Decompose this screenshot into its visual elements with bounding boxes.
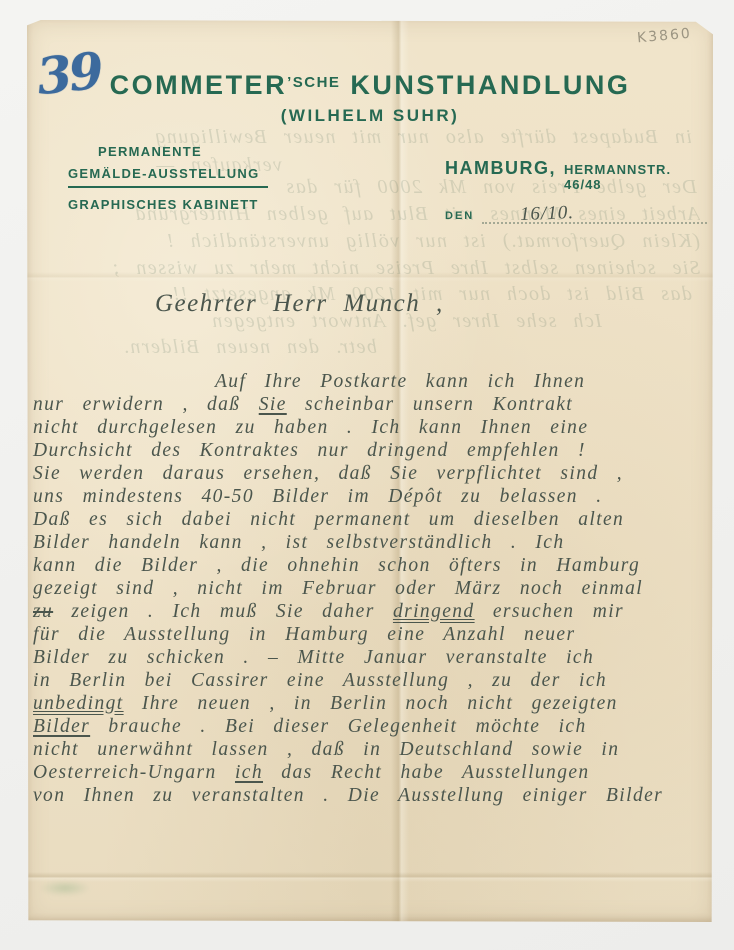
- bleedthrough-line: Sie scheinen selbst Ihre Preise nicht me…: [32, 257, 700, 280]
- street-label: HERMANNSTR. 46/48: [564, 162, 707, 192]
- company-suffix: ’SCHE: [287, 74, 340, 91]
- company-name: COMMETER: [110, 70, 288, 100]
- letter-line: gezeigt sind , nicht im Februar oder Mär…: [33, 577, 709, 600]
- date-dotted-rule: 16/10.: [482, 206, 707, 224]
- ink-smudge: [39, 880, 91, 896]
- letterhead-line-graphisches: GRAPHISCHES KABINETT: [68, 197, 268, 212]
- letterhead-left-block: PERMANENTE GEMÄLDE-AUSSTELLUNG GRAPHISCH…: [68, 144, 268, 212]
- date-line: DEN 16/10.: [445, 206, 707, 224]
- company-name-line: COMMETER’SCHEKUNSTHANDLUNG: [27, 70, 713, 101]
- letter-line: Sie werden daraus ersehen, daß Sie verpf…: [33, 462, 709, 485]
- city-label: HAMBURG,: [445, 158, 556, 179]
- letterhead-line-permanente: PERMANENTE: [98, 144, 268, 159]
- date-label: DEN: [445, 210, 474, 224]
- letter-line: nur erwidern , daß Sie scheinbar unsern …: [33, 393, 709, 416]
- letter-line: in Berlin bei Cassirer eine Ausstellung …: [33, 669, 709, 692]
- letter-line: nicht unerwähnt lassen , daß in Deutschl…: [33, 738, 709, 761]
- letter-line: Bilder handeln kann , ist selbstverständ…: [33, 531, 709, 554]
- letter-line: Bilder zu schicken . – Mitte Januar vera…: [33, 646, 709, 669]
- company-type: KUNSTHANDLUNG: [350, 70, 630, 100]
- letter-line: Daß es sich dabei nicht permanent um die…: [33, 508, 709, 531]
- bleedthrough-line: betr. den neuen Bildern.: [32, 336, 377, 359]
- letter-line: unbedingt Ihre neuen , in Berlin noch ni…: [33, 692, 709, 715]
- letter-line: Bilder brauche . Bei dieser Gelegenheit …: [33, 715, 709, 738]
- letterhead-title: COMMETER’SCHEKUNSTHANDLUNG (WILHELM SUHR…: [27, 70, 713, 126]
- letter-body: Auf Ihre Postkarte kann ich Ihnennur erw…: [33, 370, 709, 807]
- letter-line: für die Ausstellung in Hamburg eine Anza…: [33, 623, 709, 646]
- handwritten-date: 16/10.: [520, 202, 575, 226]
- letter-line: von Ihnen zu veranstalten . Die Ausstell…: [33, 784, 709, 807]
- catalog-number: K3860: [636, 26, 692, 47]
- letter-line: zu zeigen . Ich muß Sie daher dringend e…: [33, 600, 709, 623]
- proprietor-name: (WILHELM SUHR): [27, 106, 713, 126]
- letter-line: kann die Bilder , die ohnehin schon öfte…: [33, 554, 709, 577]
- salutation: Geehrter Herr Munch ,: [155, 290, 444, 318]
- letter-line: Auf Ihre Postkarte kann ich Ihnen: [33, 370, 709, 393]
- letterhead-right-block: HAMBURG, HERMANNSTR. 46/48 DEN 16/10.: [445, 158, 707, 224]
- lower-fold-crease: [27, 872, 713, 882]
- upper-fold-crease: [27, 272, 713, 282]
- letter-line: Durchsicht des Kontraktes nur dringend e…: [33, 439, 709, 462]
- scan-background: in Budapest dürfte also nur mit neuer Be…: [0, 0, 734, 950]
- letter-line: uns mindestens 40-50 Bilder im Dépôt zu …: [33, 485, 709, 508]
- letter-line: nicht durchgelesen zu haben . Ich kann I…: [33, 416, 709, 439]
- bleedthrough-line: (Klein Querformat.) ist nur völlig unver…: [32, 230, 700, 253]
- letter-page: in Budapest dürfte also nur mit neuer Be…: [27, 20, 713, 922]
- address-line: HAMBURG, HERMANNSTR. 46/48: [445, 158, 707, 192]
- letter-line: Oesterreich-Ungarn ich das Recht habe Au…: [33, 761, 709, 784]
- letterhead-line-gemaelde: GEMÄLDE-AUSSTELLUNG: [68, 166, 268, 188]
